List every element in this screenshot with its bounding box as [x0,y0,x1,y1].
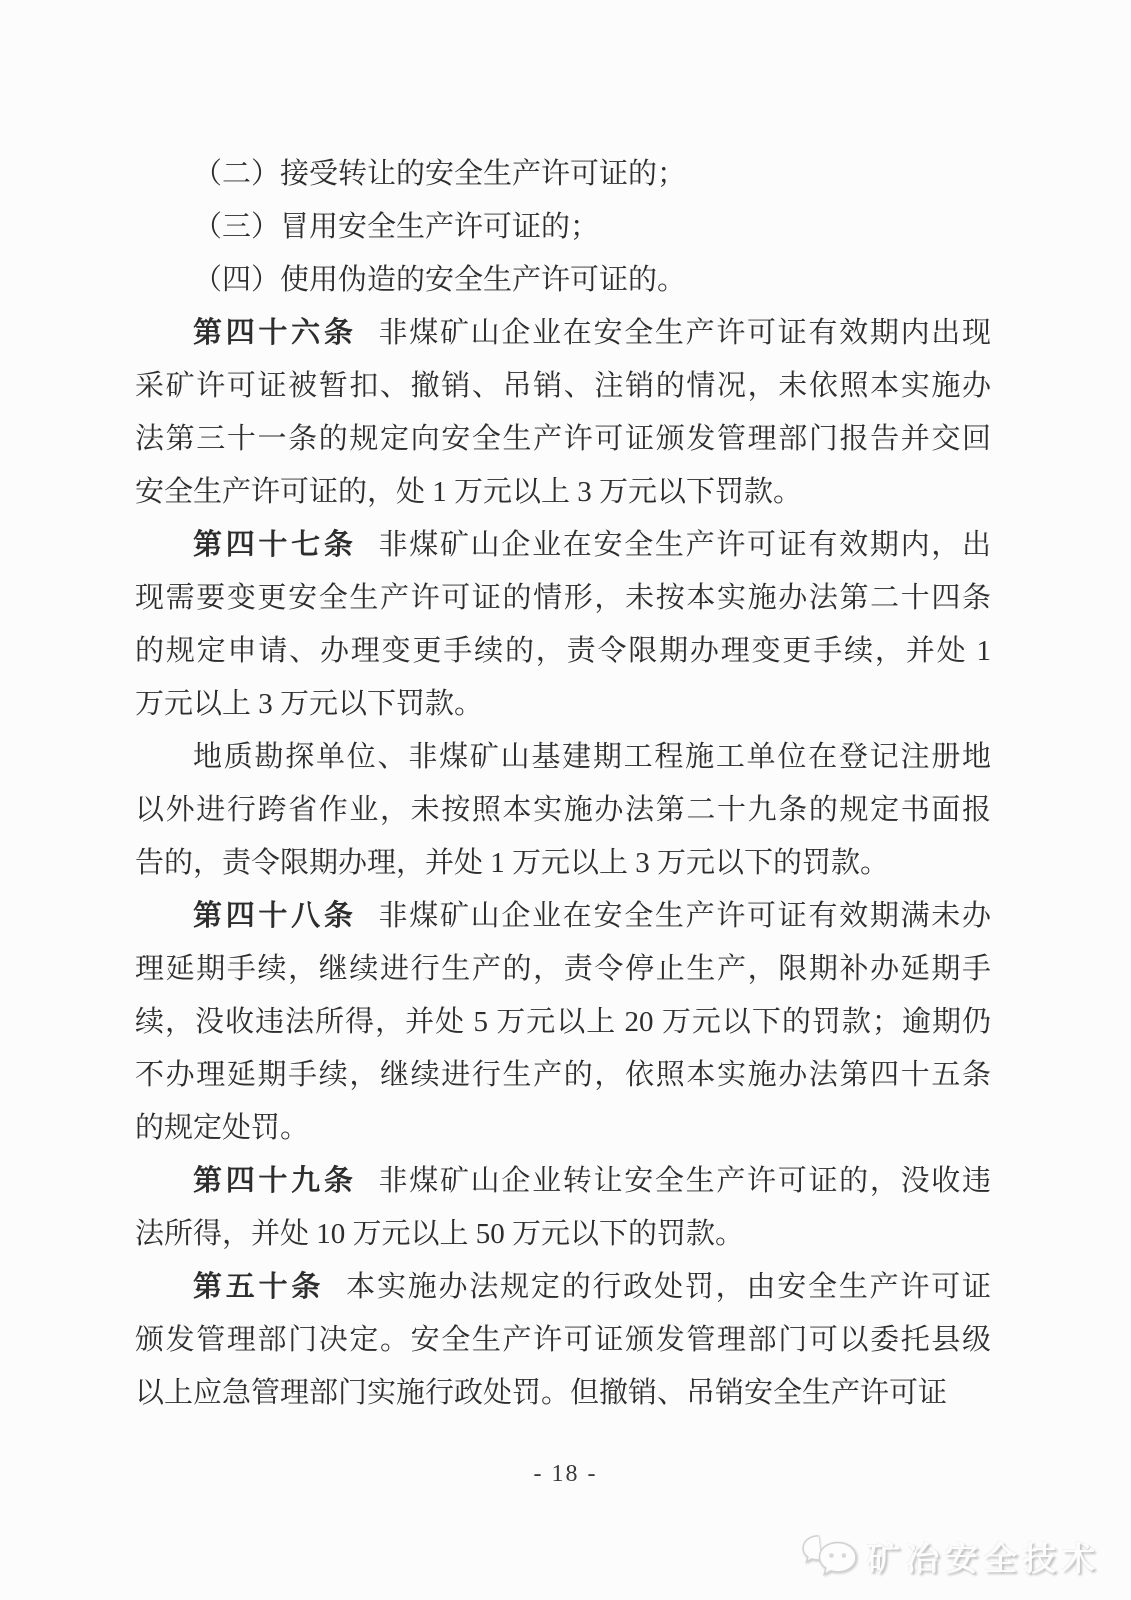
watermark: 矿冶安全技术 [801,1532,1101,1580]
text-line: 的规定处罚。 [135,1102,991,1155]
text-line: 采矿许可证被暂扣、撤销、吊销、注销的情况，未依照本实施办 [135,360,991,413]
article-number: 第四十九条 [193,1165,357,1197]
text-line: 第五十条本实施办法规定的行政处罚，由安全生产许可证 [135,1261,991,1314]
text-line: （二）接受转让的安全生产许可证的； [135,148,991,201]
text-line: （三）冒用安全生产许可证的； [135,201,991,254]
text-line: 告的，责令限期办理，并处 1 万元以上 3 万元以下的罚款。 [135,837,991,890]
text-line: 地质勘探单位、非煤矿山基建期工程施工单位在登记注册地 [135,731,991,784]
article-number: 第四十六条 [193,317,357,349]
page-number: - 18 - [0,1461,1131,1488]
text-line: （四）使用伪造的安全生产许可证的。 [135,254,991,307]
text-line: 万元以上 3 万元以下罚款。 [135,678,991,731]
text-line: 以外进行跨省作业，未按照本实施办法第二十九条的规定书面报 [135,784,991,837]
text-line: 的规定申请、办理变更手续的，责令限期办理变更手续，并处 1 [135,625,991,678]
text-line: 以上应急管理部门实施行政处罚。但撤销、吊销安全生产许可证 [135,1367,991,1420]
text-line: 第四十六条非煤矿山企业在安全生产许可证有效期内出现 [135,307,991,360]
text-line: 现需要变更安全生产许可证的情形，未按本实施办法第二十四条 [135,572,991,625]
text-line: 不办理延期手续，继续进行生产的，依照本实施办法第四十五条 [135,1049,991,1102]
text-line: 理延期手续，继续进行生产的，责令停止生产，限期补办延期手 [135,943,991,996]
document-page: （二）接受转让的安全生产许可证的；（三）冒用安全生产许可证的；（四）使用伪造的安… [0,0,1131,1600]
text-line: 安全生产许可证的，处 1 万元以上 3 万元以下罚款。 [135,466,991,519]
text-line: 第四十九条非煤矿山企业转让安全生产许可证的，没收违 [135,1155,991,1208]
wechat-icon [801,1532,859,1580]
article-number: 第五十条 [193,1271,324,1303]
text-line: 第四十八条非煤矿山企业在安全生产许可证有效期满未办 [135,890,991,943]
text-line: 法第三十一条的规定向安全生产许可证颁发管理部门报告并交回 [135,413,991,466]
text-line: 第四十七条非煤矿山企业在安全生产许可证有效期内，出 [135,519,991,572]
text-line: 续，没收违法所得，并处 5 万元以上 20 万元以下的罚款；逾期仍 [135,996,991,1049]
article-number: 第四十七条 [193,529,357,561]
text-line: 颁发管理部门决定。安全生产许可证颁发管理部门可以委托县级 [135,1314,991,1367]
document-body: （二）接受转让的安全生产许可证的；（三）冒用安全生产许可证的；（四）使用伪造的安… [135,148,991,1420]
watermark-label: 矿冶安全技术 [867,1533,1101,1580]
text-line: 法所得，并处 10 万元以上 50 万元以下的罚款。 [135,1208,991,1261]
article-number: 第四十八条 [193,900,357,932]
